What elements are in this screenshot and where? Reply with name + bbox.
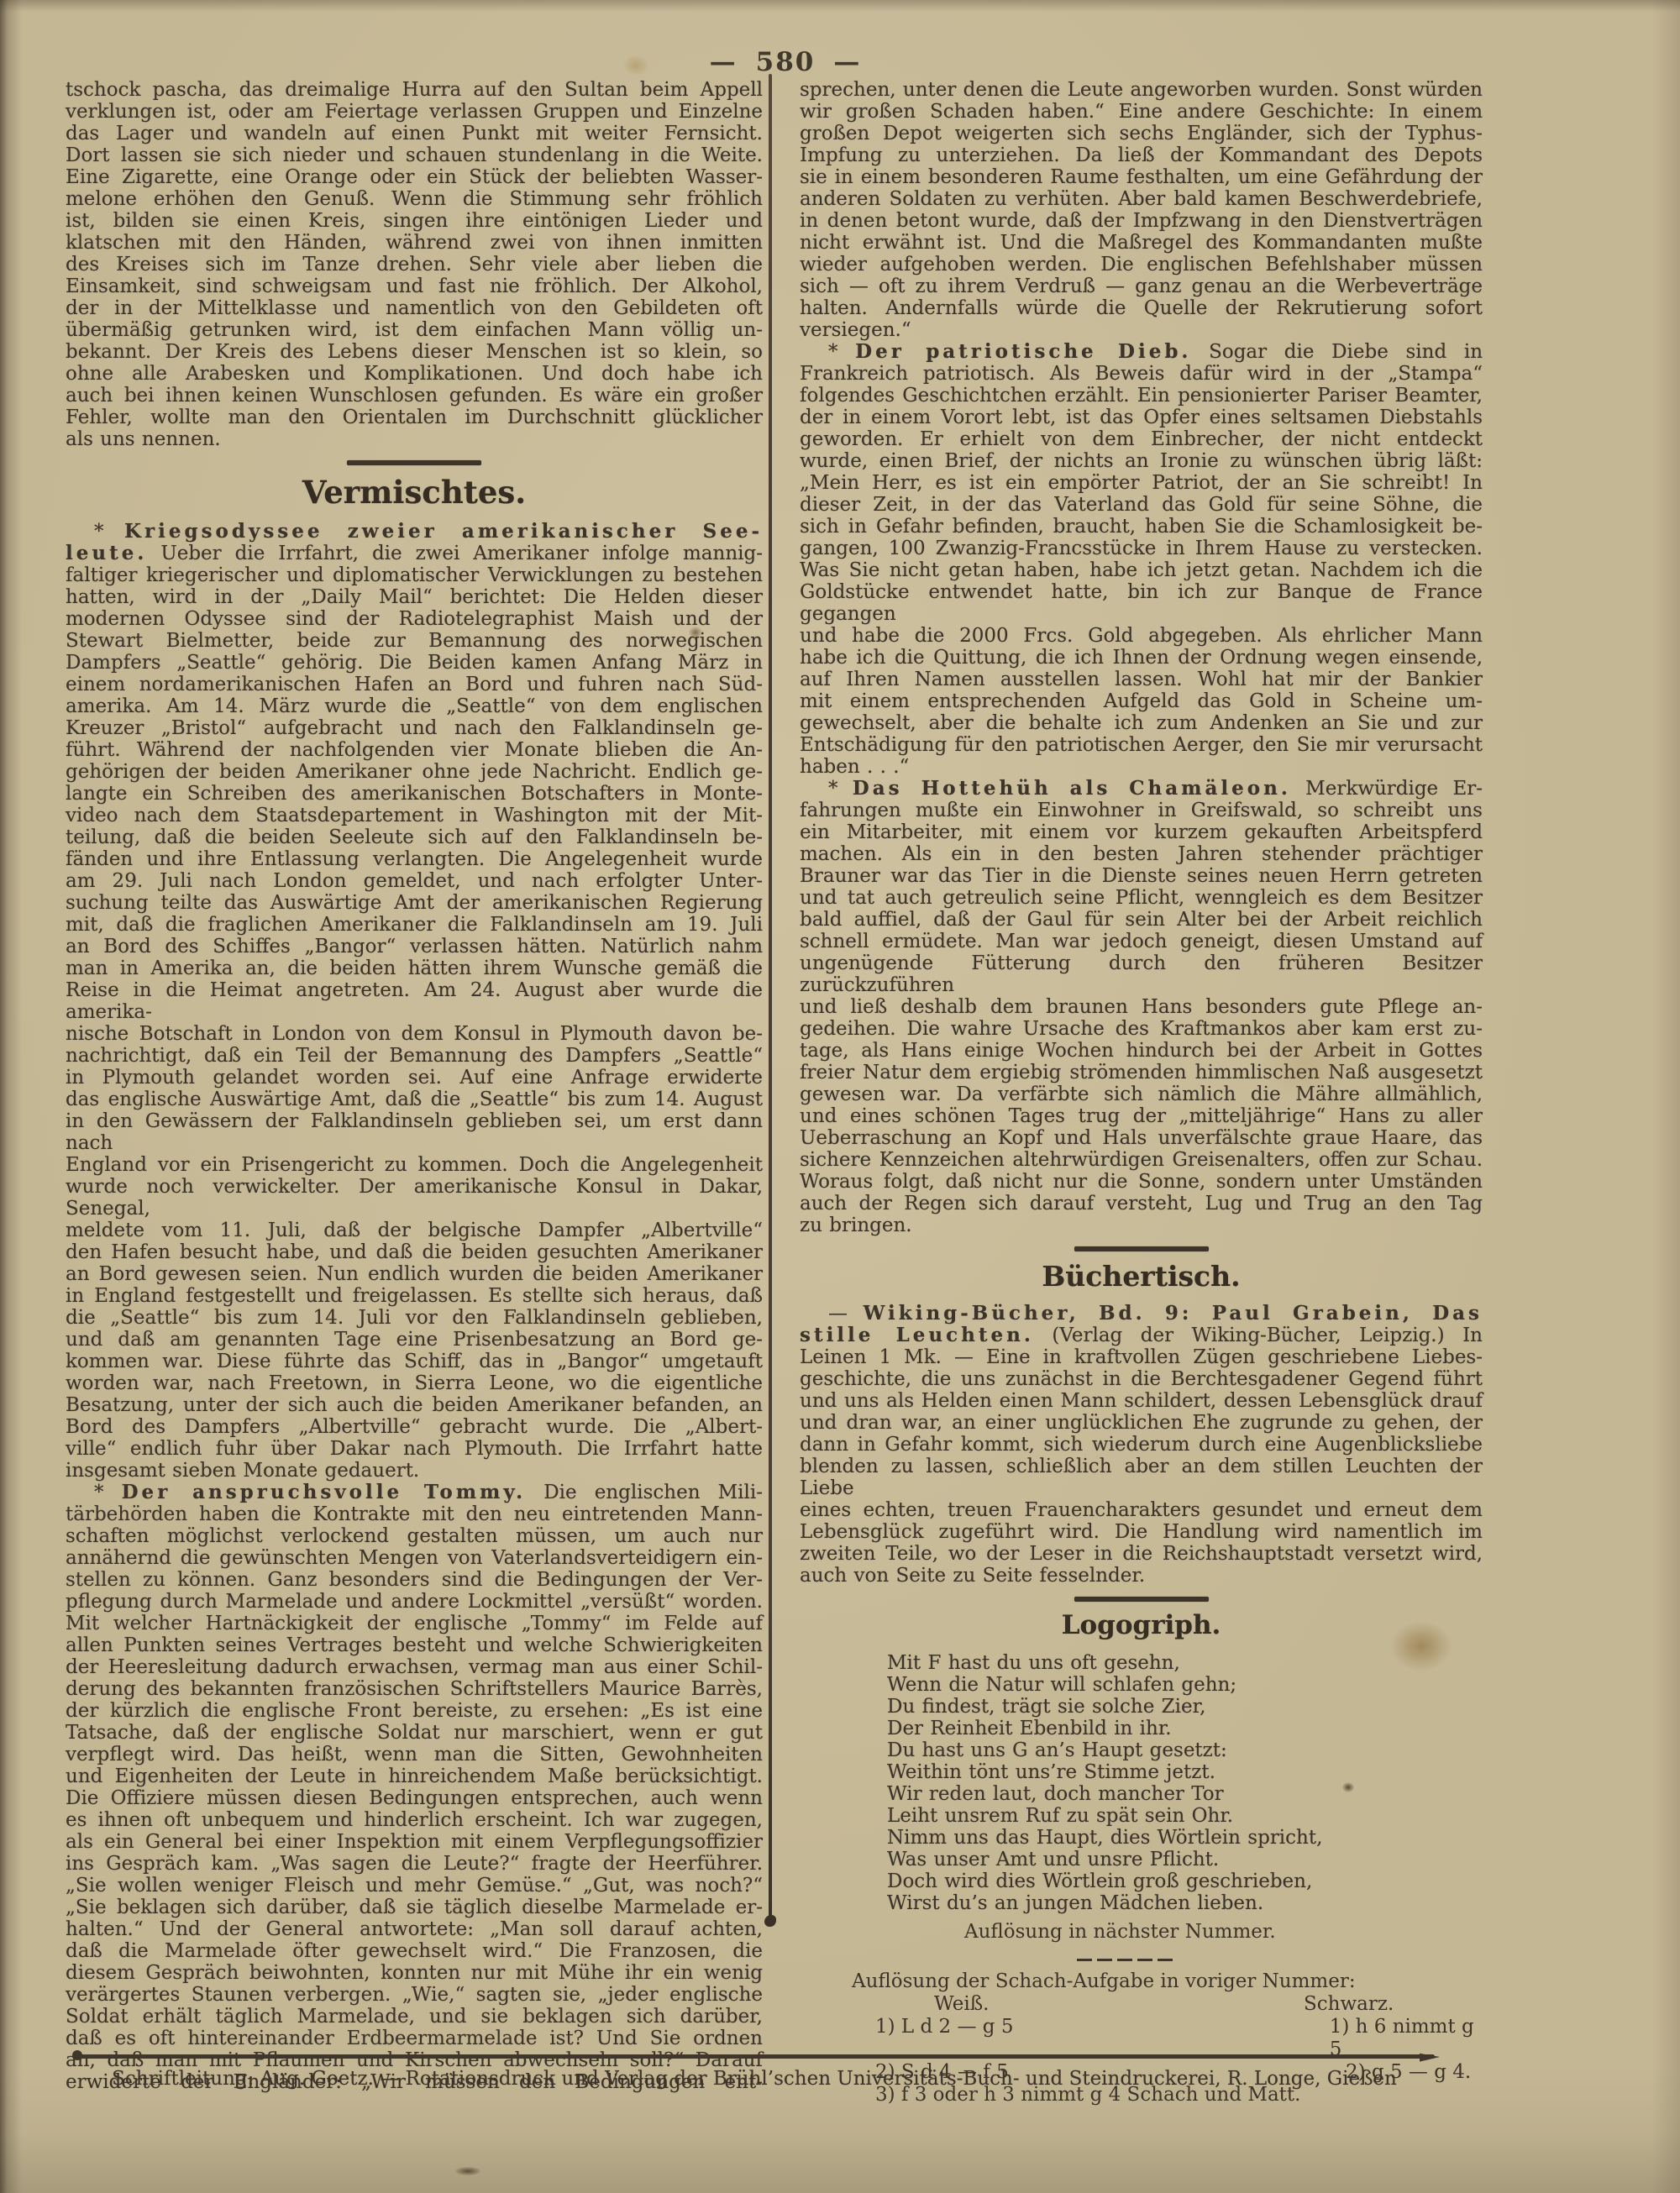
article-anspruchsvolle-tommy: * Der anspruchsvolle Tommy. Die englisch…	[66, 1482, 763, 2093]
text-line: eines echten, treuen Frauencharakters ge…	[800, 1499, 1483, 1521]
text-line: schnell ermüdete. Man war jedoch geneigt…	[800, 931, 1483, 952]
text-line: daß es oft hintereinander Erdbeermarmela…	[66, 2028, 763, 2049]
paper-stain	[455, 2167, 480, 2175]
poem-line: Du findest, trägt sie solche Zier,	[887, 1696, 1483, 1718]
text-line: des Kreises sich im Tanze drehen. Sehr v…	[66, 254, 763, 275]
article-hottehueh-chamaeleon: * Das Hottehüh als Chamäleon. Merkwürdig…	[800, 778, 1483, 1236]
text-line: blenden zu lassen, schließlich aber an d…	[800, 1456, 1483, 1499]
text-line: diesem Gespräch beiwohnten, konnten nur …	[66, 1962, 763, 1984]
text-line: Impfung zu unterziehen. Da ließ der Komm…	[800, 144, 1483, 166]
text-line: folgendes Geschichtchen erzählt. Ein pen…	[800, 385, 1483, 407]
text-line: wurde noch verwickelter. Der amerikanisc…	[66, 1176, 763, 1220]
text-line: tage, als Hans einige Wochen hindurch be…	[800, 1040, 1483, 1062]
text-line: gangen, 100 Zwanzig-Francsstücke in Ihre…	[800, 538, 1483, 559]
text-line: und tat auch getreulich seine Pflicht, w…	[800, 887, 1483, 909]
section-divider-rule	[347, 460, 481, 465]
text-line: wir großen Schaden haben.“ Eine andere G…	[800, 101, 1483, 123]
text-line: Die Offiziere müssen diesen Bedingungen …	[66, 1787, 763, 1809]
text-line: bekannt. Der Kreis des Lebens dieser Men…	[66, 341, 763, 363]
text-line: tärbehörden haben die Kontrakte mit den …	[66, 1503, 763, 1525]
text-line: faltiger kriegerischer und diplomatische…	[66, 564, 763, 586]
text-line: Kreuzer „Bristol“ aufgebracht und nach d…	[66, 717, 763, 739]
spaced-lead-text: Der patriotische Dieb.	[855, 340, 1191, 363]
text-line: und uns als Helden einen Mann schildert,…	[800, 1390, 1483, 1412]
poem-line: Was unser Amt und unsre Pflicht.	[887, 1849, 1483, 1870]
text-line: Fehler, wollte man den Orientalen im Dur…	[66, 407, 763, 428]
text-line: melone erhöhen den Genuß. Wenn die Stimm…	[66, 188, 763, 210]
text-line: an Bord gewesen seien. Nun endlich wurde…	[66, 1263, 763, 1285]
text-line: ungenügende Fütterung durch den früheren…	[800, 952, 1483, 996]
text-line: ohne alle Arabesken und Komplikationen. …	[66, 363, 763, 385]
text-line: der in einem Vorort lebt, ist das Opfer …	[800, 407, 1483, 428]
text-line: anderen Soldaten zu verhüten. Aber bald …	[800, 188, 1483, 210]
text-line: gewechselt, aber die behalte ich zum And…	[800, 712, 1483, 734]
column-divider-rule	[769, 74, 772, 1922]
text-line: dieser Zeit, in der das Vaterland das Go…	[800, 494, 1483, 516]
text-line: derung des bekannten französischen Schri…	[66, 1678, 763, 1700]
text-line: Bord des Dampfers „Albertville“ gebracht…	[66, 1416, 763, 1438]
text-line: Eine Zigarette, eine Orange oder ein Stü…	[66, 166, 763, 188]
page-number-header: —580—	[0, 47, 1571, 77]
text-line: tschock pascha, das dreimalige Hurra auf…	[66, 79, 763, 101]
text-line: als uns nennen.	[66, 428, 763, 450]
article-patriotischer-dieb: * Der patriotische Dieb. Sogar die Diebe…	[800, 341, 1483, 778]
poem-line: Leiht unsrem Ruf zu spät sein Ohr.	[887, 1805, 1483, 1827]
header-dash-left: —	[710, 47, 738, 77]
left-column: tschock pascha, das dreimalige Hurra auf…	[66, 79, 763, 2093]
text-line: freier Natur dem ergiebig strömenden him…	[800, 1062, 1483, 1083]
text-line: und dran war, an einer unglücklichen Ehe…	[800, 1412, 1483, 1434]
text-line: annähernd die gewünschten Mengen von Vat…	[66, 1547, 763, 1569]
text-line: * Das Hottehüh als Chamäleon. Merkwürdig…	[800, 778, 1483, 800]
text-line: klatschen mit den Händen, während zwei v…	[66, 232, 763, 254]
text-line: auf Ihren Namen ausstellen lassen. Wohl …	[800, 669, 1483, 690]
text-line: teilung, daß die beiden Seeleute sich au…	[66, 826, 763, 848]
text-line: ist, bilden sie einen Kreis, singen ihre…	[66, 210, 763, 232]
text-line: halten. Andernfalls würde die Quelle der…	[800, 297, 1483, 319]
text-line: sich — oft zu ihrem Verdruß — ganz genau…	[800, 275, 1483, 297]
text-line: — Wiking-Bücher, Bd. 9: Paul Grabein, Da…	[800, 1303, 1483, 1325]
text-line: das Lager und wandeln auf einen Punkt mi…	[66, 123, 763, 144]
text-line: und daß am genannten Tage eine Prisenbes…	[66, 1329, 763, 1351]
text-line: ein Mitarbeiter, mit einem vor kurzem ge…	[800, 821, 1483, 843]
text-line: verärgertes Staunen verbergen. „Wie,“ sa…	[66, 1984, 763, 2006]
logogriph-poem: Mit F hast du uns oft gesehn,Wenn die Na…	[887, 1652, 1483, 1914]
text-line: in denen betont wurde, daß der Impfzwang…	[800, 210, 1483, 232]
small-dash-rule	[1077, 1959, 1176, 1961]
text-line: daß die Marmelade öfter gewechselt wird.…	[66, 1940, 763, 1962]
poem-line: Du hast uns G an’s Haupt gesetzt:	[887, 1739, 1483, 1761]
review-wiking-buecher: — Wiking-Bücher, Bd. 9: Paul Grabein, Da…	[800, 1303, 1483, 1587]
poem-line: Nimm uns das Haupt, dies Wörtlein sprich…	[887, 1827, 1483, 1849]
text-line: den Hafen besucht habe, und daß die beid…	[66, 1241, 763, 1263]
text-line: Brauner war das Tier in die Dienste sein…	[800, 865, 1483, 887]
imprint-footer: Schriftleitung: Aug. Goetz. — Rotationsd…	[74, 2068, 1435, 2090]
black-label: Schwarz.	[1136, 1993, 1394, 2016]
text-line: am 29. Juli nach London gemeldet, und na…	[66, 870, 763, 892]
text-line: haben . . .“	[800, 756, 1483, 778]
poem-line: Wir reden laut, doch mancher Tor	[887, 1783, 1483, 1805]
poem-line: Der Reinheit Ebenbild in ihr.	[887, 1718, 1483, 1739]
spaced-lead-text: stille Leuchten.	[800, 1324, 1034, 1346]
text-line: leute. Ueber die Irrfahrt, die zwei Amer…	[66, 543, 763, 564]
text-line: ville“ endlich fuhr über Dakar nach Plym…	[66, 1438, 763, 1460]
text-line: sich in Gefahr befinden, braucht, haben …	[800, 516, 1483, 538]
text-line: sie in einem besonderen Raume festhalten…	[800, 166, 1483, 188]
continuation-orient-paragraph: tschock pascha, das dreimalige Hurra auf…	[66, 79, 763, 450]
text-line: habe ich die Quittung, die ich Ihnen der…	[800, 647, 1483, 669]
text-line: Besatzung, unter der sich auch die beide…	[66, 1394, 763, 1416]
text-line: zweiten Teile, wo der Leser in die Reich…	[800, 1543, 1483, 1565]
text-line: machen. Als ein in den besten Jahren ste…	[800, 843, 1483, 865]
section-divider-rule	[1074, 1597, 1209, 1602]
text-line: Leinen 1 Mk. — Eine in kraftvollen Zügen…	[800, 1346, 1483, 1368]
section-heading-logogriph: Logogriph.	[800, 1610, 1483, 1640]
text-line: übermäßig getrunken wird, ist dem einfac…	[66, 319, 763, 341]
text-line: wieder aufgehoben werden. Die englischen…	[800, 254, 1483, 275]
text-line: suchung teilte das Auswärtige Amt der am…	[66, 892, 763, 914]
text-line: versiegen.“	[800, 319, 1483, 341]
section-heading-vermischtes: Vermischtes.	[66, 474, 763, 511]
text-line: geworden. Er erhielt von dem Einbrecher,…	[800, 428, 1483, 450]
text-line: * Der anspruchsvolle Tommy. Die englisch…	[66, 1482, 763, 1503]
page-number: 580	[756, 47, 816, 77]
text-line: der Heeresleitung dadurch erwachsen, ver…	[66, 1656, 763, 1678]
text-line: mit, daß die fraglichen Amerikaner die F…	[66, 914, 763, 936]
text-line: in Plymouth gelandet worden sei. Auf ein…	[66, 1067, 763, 1089]
footer-rule	[74, 2054, 1435, 2059]
text-line: Dort lassen sie sich nieder und schauen …	[66, 144, 763, 166]
text-line: Mit welcher Hartnäckigkeit der englische…	[66, 1613, 763, 1634]
text-line: wurde, einen Brief, der nichts an Ironie…	[800, 450, 1483, 472]
text-line: kommen war. Diese führte das Schiff, das…	[66, 1351, 763, 1372]
text-line: fahrungen mußte ein Einwohner in Greifsw…	[800, 800, 1483, 821]
text-line: und Eigenheiten der Leute in hinreichend…	[66, 1765, 763, 1787]
text-line: es ihnen oft unbequem und hinderlich ers…	[66, 1809, 763, 1831]
text-line: einem nordamerikanischen Hafen an Bord u…	[66, 674, 763, 695]
spaced-lead-text: leute.	[66, 542, 147, 564]
section-heading-buechertisch: Büchertisch.	[800, 1260, 1483, 1293]
text-line: worden war, nach Freetown, in Sierra Leo…	[66, 1372, 763, 1394]
text-line: stille Leuchten. (Verlag der Wiking-Büch…	[800, 1325, 1483, 1346]
poem-line: Wenn die Natur will schlafen gehn;	[887, 1674, 1483, 1696]
text-line: Reise in die Heimat angetreten. Am 24. A…	[66, 979, 763, 1023]
text-line: bald auffiel, daß der Gaul für sein Alte…	[800, 909, 1483, 931]
text-line: gehörigen der beiden Amerikaner ohne jed…	[66, 761, 763, 783]
text-line: verpflegt wird. Das heißt, wenn man die …	[66, 1744, 763, 1765]
text-line: nicht erwähnt ist. Und die Maßregel des …	[800, 232, 1483, 254]
poem-line: Mit F hast du uns oft gesehn,	[887, 1652, 1483, 1674]
text-line: Soldat erhält täglich Marmelade, und sie…	[66, 2006, 763, 2028]
text-line: man in Amerika an, die beiden hätten ihr…	[66, 957, 763, 979]
text-line: stellen zu können. Ganz besonders sind d…	[66, 1569, 763, 1591]
text-line: schaften möglichst verlockend gestalten …	[66, 1525, 763, 1547]
text-line: fänden und ihre Entlassung verlangten. D…	[66, 848, 763, 870]
text-line: auch der Regen sich darauf versteht, Lug…	[800, 1193, 1483, 1215]
text-line: ins Gespräch kam. „Was sagen die Leute?“…	[66, 1853, 763, 1875]
text-line: geschichte, die uns zunächst in die Berc…	[800, 1368, 1483, 1390]
text-line: führt. Während der nachfolgenden vier Mo…	[66, 739, 763, 761]
text-line: auch bei ihnen keinen Wunschlosen gefund…	[66, 385, 763, 407]
poem-line: Weithin tönt uns’re Stimme jetzt.	[887, 1761, 1483, 1783]
text-line: Frankreich patriotisch. Als Beweis dafür…	[800, 363, 1483, 385]
text-line: mit einem entsprechenden Aufgeld das Gol…	[800, 690, 1483, 712]
text-line: sprechen, unter denen die Leute angeworb…	[800, 79, 1483, 101]
spaced-lead-text: Kriegsodyssee zweier amerikanischer See-	[124, 520, 763, 543]
text-line: als ein General bei einer Inspektion mit…	[66, 1831, 763, 1853]
text-line: halten.“ Und der General antwortete: „Ma…	[66, 1918, 763, 1940]
text-line: Stewart Bielmetter, beide zur Bemannung …	[66, 630, 763, 652]
logogriph-solution-note: Auflösung in nächster Nummer.	[964, 1921, 1483, 1944]
spaced-lead-text: Das Hottehüh als Chamäleon.	[853, 777, 1291, 800]
text-line: Dampfers „Seattle“ gehörig. Die Beiden k…	[66, 652, 763, 674]
text-line: in England festgestellt und freigelassen…	[66, 1285, 763, 1307]
text-line: der kürzlich die englische Front bereist…	[66, 1700, 763, 1722]
white-label: Weiß.	[800, 1993, 1136, 2016]
text-line: amerika. Am 14. März wurde die „Seattle“…	[66, 695, 763, 717]
chess-color-labels: Weiß.Schwarz.	[800, 1993, 1483, 2016]
text-line: auch von Seite zu Seite fesselnder.	[800, 1565, 1483, 1587]
text-line: Einsamkeit, sind schweigsam und fast nie…	[66, 275, 763, 297]
spaced-lead-text: Der anspruchsvolle Tommy.	[122, 1481, 527, 1503]
text-line: * Kriegsodyssee zweier amerikanischer Se…	[66, 521, 763, 543]
text-line: meldete vom 11. Juli, daß der belgische …	[66, 1220, 763, 1241]
text-line: die „Seattle“ bis zum 14. Juli vor den F…	[66, 1307, 763, 1329]
chess-solution-title: Auflösung der Schach-Aufgabe in voriger …	[852, 1970, 1483, 1993]
right-column: sprechen, unter denen die Leute angeworb…	[800, 79, 1483, 2106]
text-line: pflegung durch Marmelade und andere Lock…	[66, 1591, 763, 1613]
header-dash-right: —	[833, 47, 861, 77]
text-line: „Sie wollen weniger Fleisch und mehr Gem…	[66, 1875, 763, 1897]
text-line: Tatsache, daß der englische Soldat nur m…	[66, 1722, 763, 1744]
continuation-tommy-paragraph: sprechen, unter denen die Leute angeworb…	[800, 79, 1483, 341]
section-divider-rule	[1074, 1246, 1209, 1251]
text-line: und habe die 2000 Frcs. Gold abgegeben. …	[800, 625, 1483, 647]
text-line: der in der Mittelklasse und namentlich v…	[66, 297, 763, 319]
text-line: an Bord des Schiffes „Bangor“ verlassen …	[66, 936, 763, 957]
text-line: allen Punkten seines Vertrages besteht u…	[66, 1634, 763, 1656]
text-line: video nach dem Staatsdepartement in Wash…	[66, 805, 763, 826]
text-line: in den Gewässern der Falklandinseln gebl…	[66, 1110, 763, 1154]
poem-line: Doch wird dies Wörtlein groß geschrieben…	[887, 1870, 1483, 1892]
text-line: nische Botschaft in London von dem Konsu…	[66, 1023, 763, 1045]
poem-line: Wirst du’s an jungen Mädchen lieben.	[887, 1892, 1483, 1914]
text-line: nachrichtigt, daß ein Teil der Bemannung…	[66, 1045, 763, 1067]
text-line: langte ein Schreiben des amerikanischen …	[66, 783, 763, 805]
text-line: Was Sie nicht getan haben, habe ich jetz…	[800, 559, 1483, 581]
text-line: Ueberraschung an Kopf und Hals unverfäls…	[800, 1127, 1483, 1149]
text-line: Woraus folgt, daß nicht nur die Sonne, s…	[800, 1171, 1483, 1193]
text-line: modernen Odyssee sind der Radiotelegraph…	[66, 608, 763, 630]
spaced-lead-text: Wiking-Bücher, Bd. 9: Paul Grabein, Das	[864, 1302, 1483, 1325]
text-line: * Der patriotische Dieb. Sogar die Diebe…	[800, 341, 1483, 363]
text-line: und ließ deshalb dem braunen Hans besond…	[800, 996, 1483, 1018]
article-kriegsodyssee: * Kriegsodyssee zweier amerikanischer Se…	[66, 521, 763, 1482]
text-line: Lebensglück zugeführt wird. Die Handlung…	[800, 1521, 1483, 1543]
text-line: sichere Kennzeichen altehrwürdigen Greis…	[800, 1149, 1483, 1171]
text-line: hatten, wird in der „Daily Mail“ bericht…	[66, 586, 763, 608]
text-line: gedeihen. Die wahre Ursache des Kraftman…	[800, 1018, 1483, 1040]
text-line: und eines schönen Tages trug der „mittel…	[800, 1105, 1483, 1127]
text-line: großen Depot weigerten sich sechs Englän…	[800, 123, 1483, 144]
text-line: das englische Auswärtige Amt, daß die „S…	[66, 1089, 763, 1110]
text-line: Goldstücke entwendet hatte, bin ich zur …	[800, 581, 1483, 625]
text-line: dann in Gefahr kommt, sich wiederum durc…	[800, 1434, 1483, 1456]
text-line: zu bringen.	[800, 1215, 1483, 1236]
text-line: „Mein Herr, es ist ein empörter Patriot,…	[800, 472, 1483, 494]
text-line: Entschädigung für den patriotischen Aerg…	[800, 734, 1483, 756]
text-line: verklungen ist, oder am Feiertage verlas…	[66, 101, 763, 123]
text-line: gewesen war. Da verfärbte sich nämlich d…	[800, 1083, 1483, 1105]
text-line: insgesamt sieben Monate gedauert.	[66, 1460, 763, 1482]
text-line: „Sie beklagen sich darüber, daß sie tägl…	[66, 1897, 763, 1918]
text-line: England vor ein Prisengericht zu kommen.…	[66, 1154, 763, 1176]
